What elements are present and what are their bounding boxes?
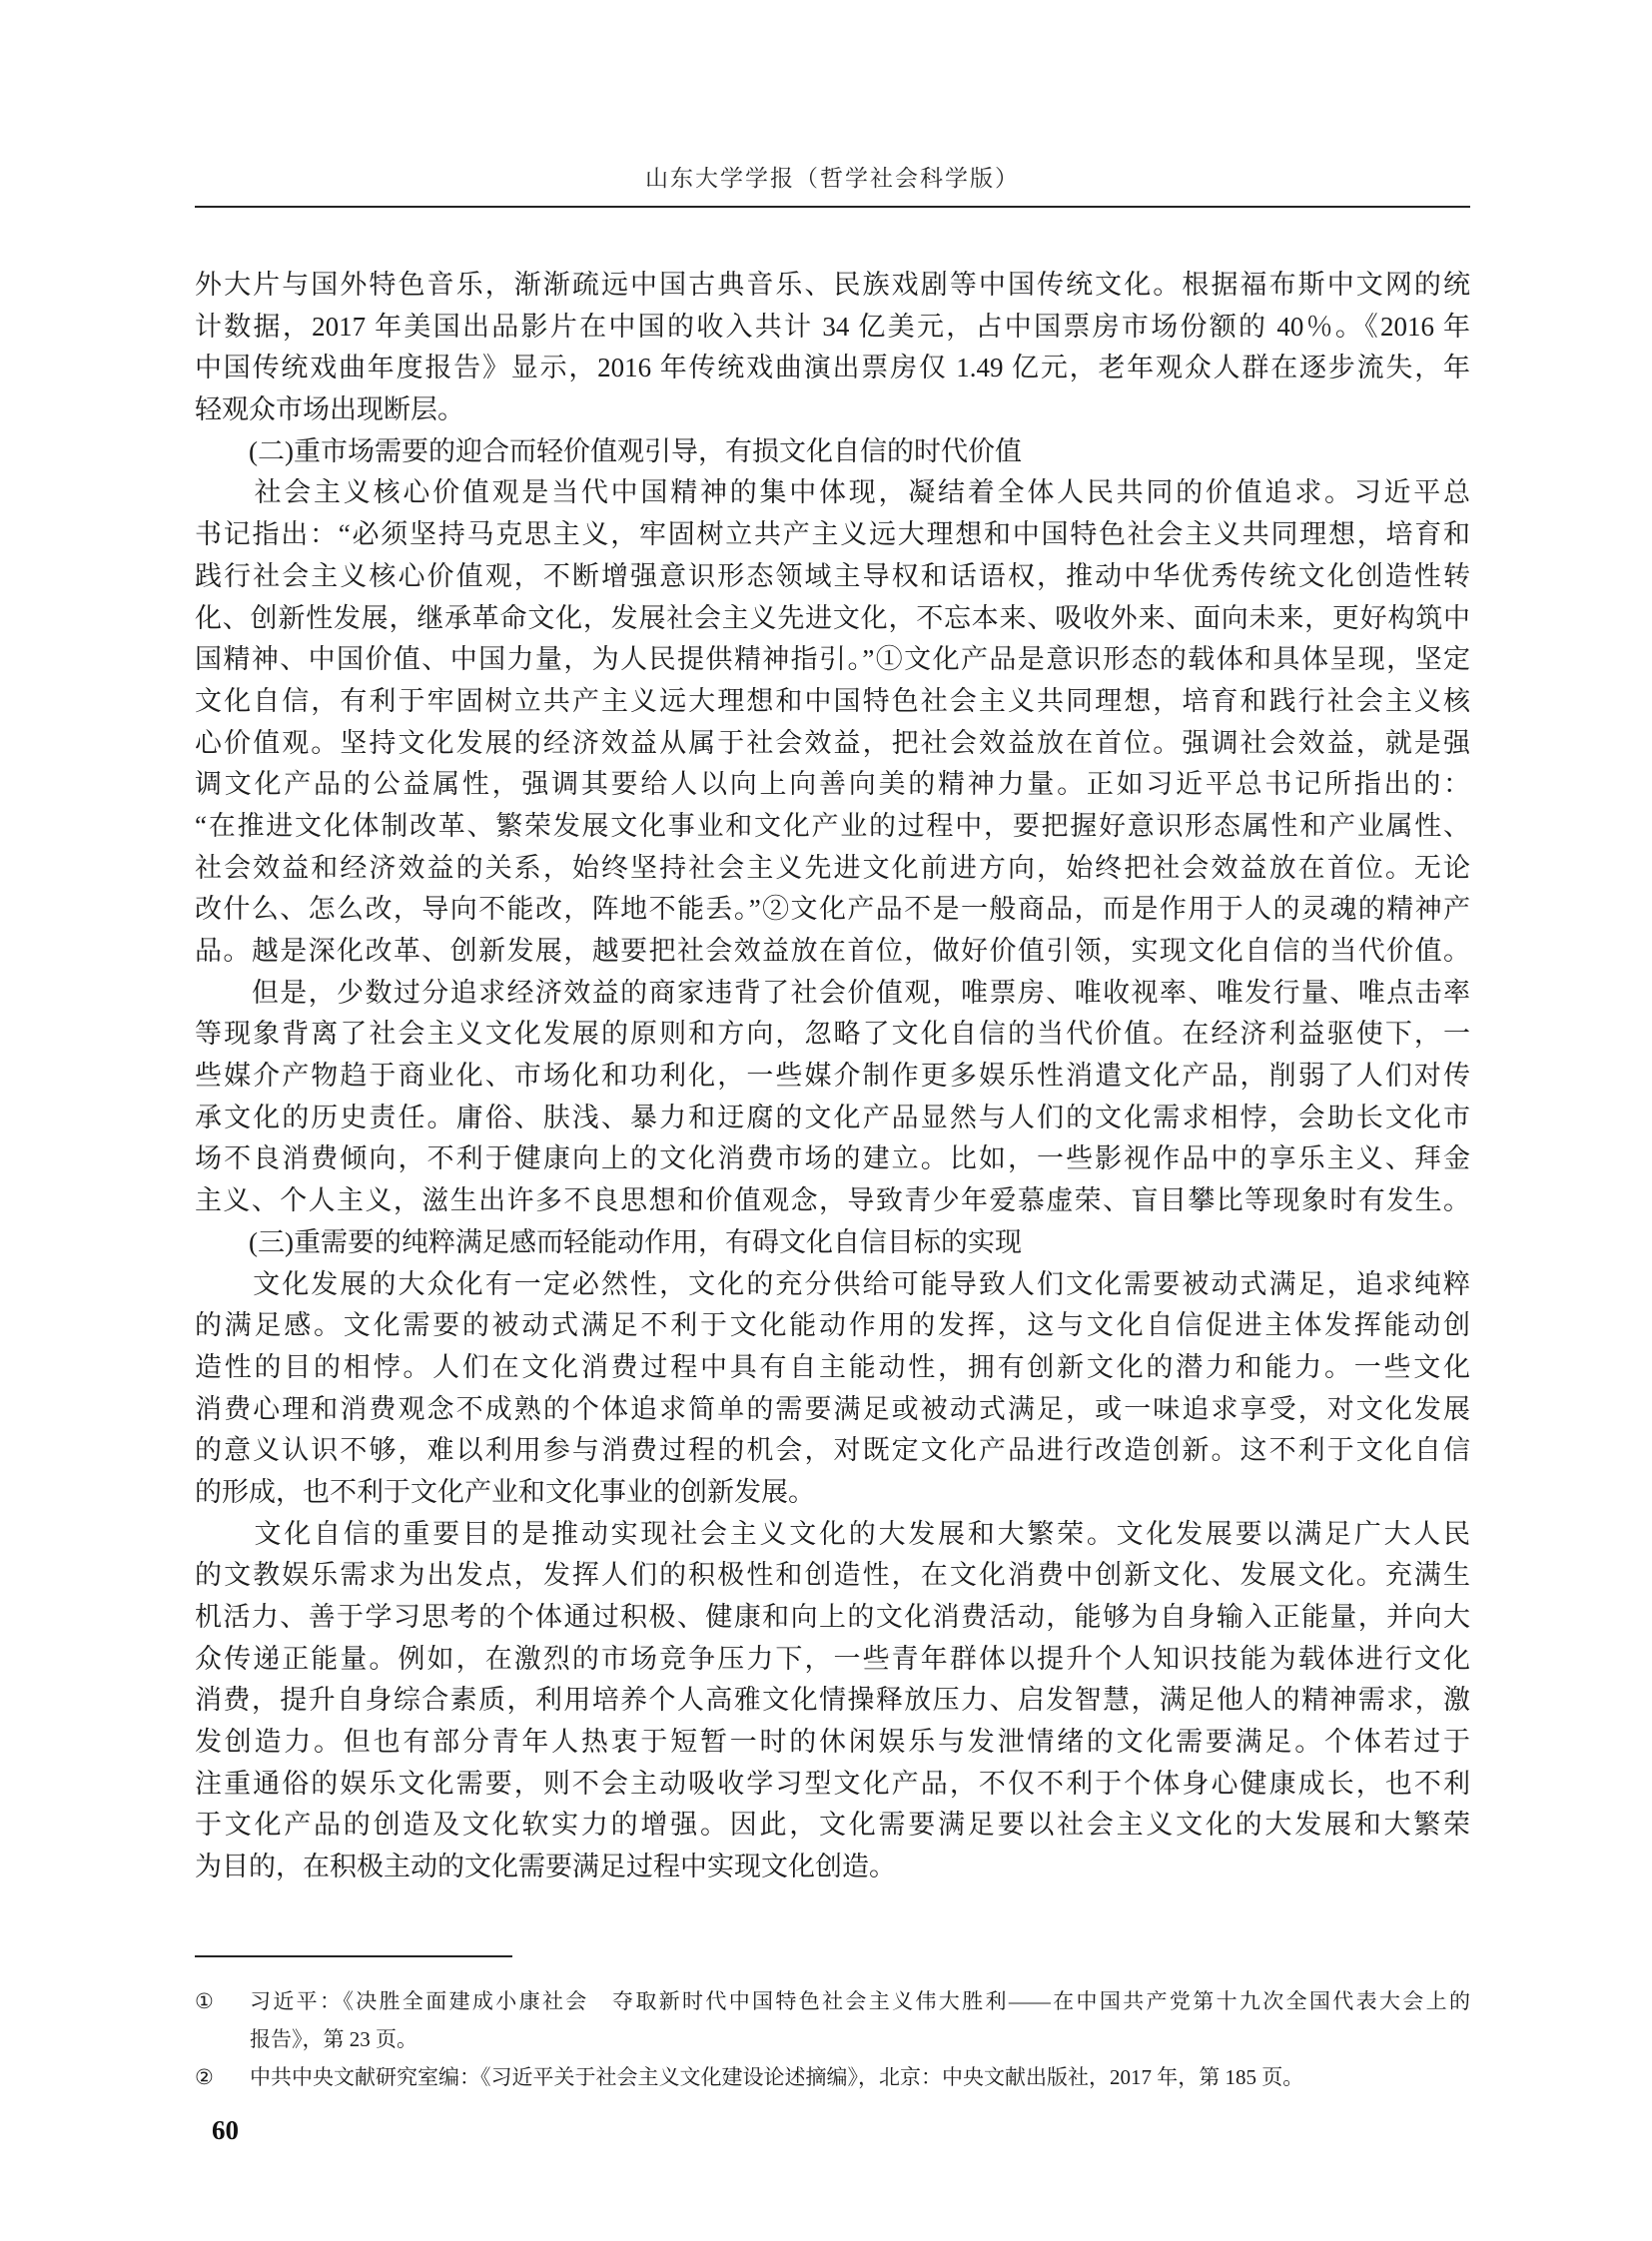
body-line: 造性的目的相悖。人们在文化消费过程中具有自主能动性，拥有创新文化的潜力和能力。一… [195,1347,1470,1389]
body-line: 于文化产品的创造及文化软实力的增强。因此，文化需要满足要以社会主义文化的大发展和… [195,1805,1470,1847]
body-line: 消费，提升自身综合素质，利用培养个人高雅文化情操释放压力、启发智慧，满足他人的精… [195,1680,1470,1722]
body-line: 中国传统戏曲年度报告》显示，2016 年传统戏曲演出票房仅 1.49 亿元，老年… [195,348,1470,389]
body-line: 文化发展的大众化有一定必然性，文化的充分供给可能导致人们文化需要被动式满足，追求… [195,1264,1470,1306]
body-line: 外大片与国外特色音乐，渐渐疏远中国古典音乐、民族戏剧等中国传统文化。根据福布斯中… [195,265,1470,307]
body-line: 的满足感。文化需要的被动式满足不利于文化能动作用的发挥，这与文化自信促进主体发挥… [195,1305,1470,1347]
body-line: 主义、个人主义，滋生出许多不良思想和价值观念，导致青少年爱慕虚荣、盲目攀比等现象… [195,1180,1470,1222]
footnote-text: 中共中央文献研究室编：《习近平关于社会主义文化建设论述摘编》，北京：中央文献出版… [250,2058,1470,2096]
section-heading: (二)重市场需要的迎合而轻价值观引导，有损文化自信的时代价值 [195,431,1470,473]
footnote-marker: ① [195,1982,250,2020]
footnote-line: 中共中央文献研究室编：《习近平关于社会主义文化建设论述摘编》，北京：中央文献出版… [250,2058,1470,2096]
body-line: 国精神、中国价值、中国力量，为人民提供精神指引。”①文化产品是意识形态的载体和具… [195,639,1470,681]
body-line: 改什么、怎么改，导向不能改，阵地不能丢。”②文化产品不是一般商品，而是作用于人的… [195,889,1470,931]
body-line: 发创造力。但也有部分青年人热衷于短暂一时的休闲娱乐与发泄情绪的文化需要满足。个体… [195,1722,1470,1764]
body-line: 机活力、善于学习思考的个体通过积极、健康和向上的文化消费活动，能够为自身输入正能… [195,1597,1470,1639]
body-line: 书记指出：“必须坚持马克思主义，牢固树立共产主义远大理想和中国特色社会主义共同理… [195,514,1470,556]
body-line: 为目的，在积极主动的文化需要满足过程中实现文化创造。 [195,1847,1470,1888]
footnote-marker: ② [195,2058,250,2096]
body-line: 社会主义核心价值观是当代中国精神的集中体现，凝结着全体人民共同的价值追求。习近平… [195,472,1470,514]
header-rule [195,206,1470,208]
body-line: 些媒介产物趋于商业化、市场化和功利化，一些媒介制作更多娱乐性消遣文化产品，削弱了… [195,1056,1470,1098]
footnote-separator [195,1955,512,1957]
body-line: 的文教娱乐需求为出发点，发挥人们的积极性和创造性，在文化消费中创新文化、发展文化… [195,1555,1470,1597]
footnote-text: 习近平：《决胜全面建成小康社会 夺取新时代中国特色社会主义伟大胜利——在中国共产… [250,1982,1470,2058]
journal-page: 山东大学学报（哲学社会科学版） 外大片与国外特色音乐，渐渐疏远中国古典音乐、民族… [0,0,1652,2241]
body-line: 践行社会主义核心价值观，不断增强意识形态领域主导权和话语权，推动中华优秀传统文化… [195,556,1470,598]
body-line: 但是，少数过分追求经济效益的商家违背了社会价值观，唯票房、唯收视率、唯发行量、唯… [195,973,1470,1015]
footnote-item: ① 习近平：《决胜全面建成小康社会 夺取新时代中国特色社会主义伟大胜利——在中国… [195,1982,1470,2058]
footnote-list: ① 习近平：《决胜全面建成小康社会 夺取新时代中国特色社会主义伟大胜利——在中国… [195,1982,1470,2096]
body-line: 心价值观。坚持文化发展的经济效益从属于社会效益，把社会效益放在首位。强调社会效益… [195,723,1470,765]
body-line: 众传递正能量。例如，在激烈的市场竞争压力下，一些青年群体以提升个人知识技能为载体… [195,1639,1470,1681]
body-line: 的形成，也不利于文化产业和文化事业的创新发展。 [195,1472,1470,1514]
body-line: 等现象背离了社会主义文化发展的原则和方向，忽略了文化自信的当代价值。在经济利益驱… [195,1014,1470,1056]
body-line: 承文化的历史责任。庸俗、肤浅、暴力和迂腐的文化产品显然与人们的文化需求相悖，会助… [195,1098,1470,1139]
body-line: 场不良消费倾向，不利于健康向上的文化消费市场的建立。比如，一些影视作品中的享乐主… [195,1138,1470,1180]
body-line: 计数据，2017 年美国出品影片在中国的收入共计 34 亿美元，占中国票房市场份… [195,307,1470,349]
body-line: 调文化产品的公益属性，强调其要给人以向上向善向美的精神力量。正如习近平总书记所指… [195,764,1470,806]
page-number: 60 [212,2115,239,2146]
body-line: 文化自信，有利于牢固树立共产主义远大理想和中国特色社会主义共同理想，培育和践行社… [195,681,1470,723]
body-line: 消费心理和消费观念不成熟的个体追求简单的需要满足或被动式满足，或一味追求享受，对… [195,1389,1470,1431]
footnote-line: 报告》，第 23 页。 [250,2020,1470,2058]
body-line: “在推进文化体制改革、繁荣发展文化事业和文化产业的过程中，要把握好意识形态属性和… [195,806,1470,848]
footnote-line: 习近平：《决胜全面建成小康社会 夺取新时代中国特色社会主义伟大胜利——在中国共产… [250,1982,1470,2020]
body-line: 的意义认识不够，难以利用参与消费过程的机会，对既定文化产品进行改造创新。这不利于… [195,1430,1470,1472]
body-line: 轻观众市场出现断层。 [195,389,1470,431]
body-line: 社会效益和经济效益的关系，始终坚持社会主义先进文化前进方向，始终把社会效益放在首… [195,848,1470,890]
footnote-item: ② 中共中央文献研究室编：《习近平关于社会主义文化建设论述摘编》，北京：中央文献… [195,2058,1470,2096]
body-line: 注重通俗的娱乐文化需要，则不会主动吸收学习型文化产品，不仅不利于个体身心健康成长… [195,1764,1470,1806]
article-body: 外大片与国外特色音乐，渐渐疏远中国古典音乐、民族戏剧等中国传统文化。根据福布斯中… [195,265,1470,1888]
journal-header-title: 山东大学学报（哲学社会科学版） [195,160,1470,193]
body-line: 化、创新性发展，继承革命文化，发展社会主义先进文化，不忘本来、吸收外来、面向未来… [195,598,1470,640]
body-line: 品。越是深化改革、创新发展，越要把社会效益放在首位，做好价值引领，实现文化自信的… [195,931,1470,973]
section-heading: (三)重需要的纯粹满足感而轻能动作用，有碍文化自信目标的实现 [195,1222,1470,1264]
body-line: 文化自信的重要目的是推动实现社会主义文化的大发展和大繁荣。文化发展要以满足广大人… [195,1514,1470,1556]
